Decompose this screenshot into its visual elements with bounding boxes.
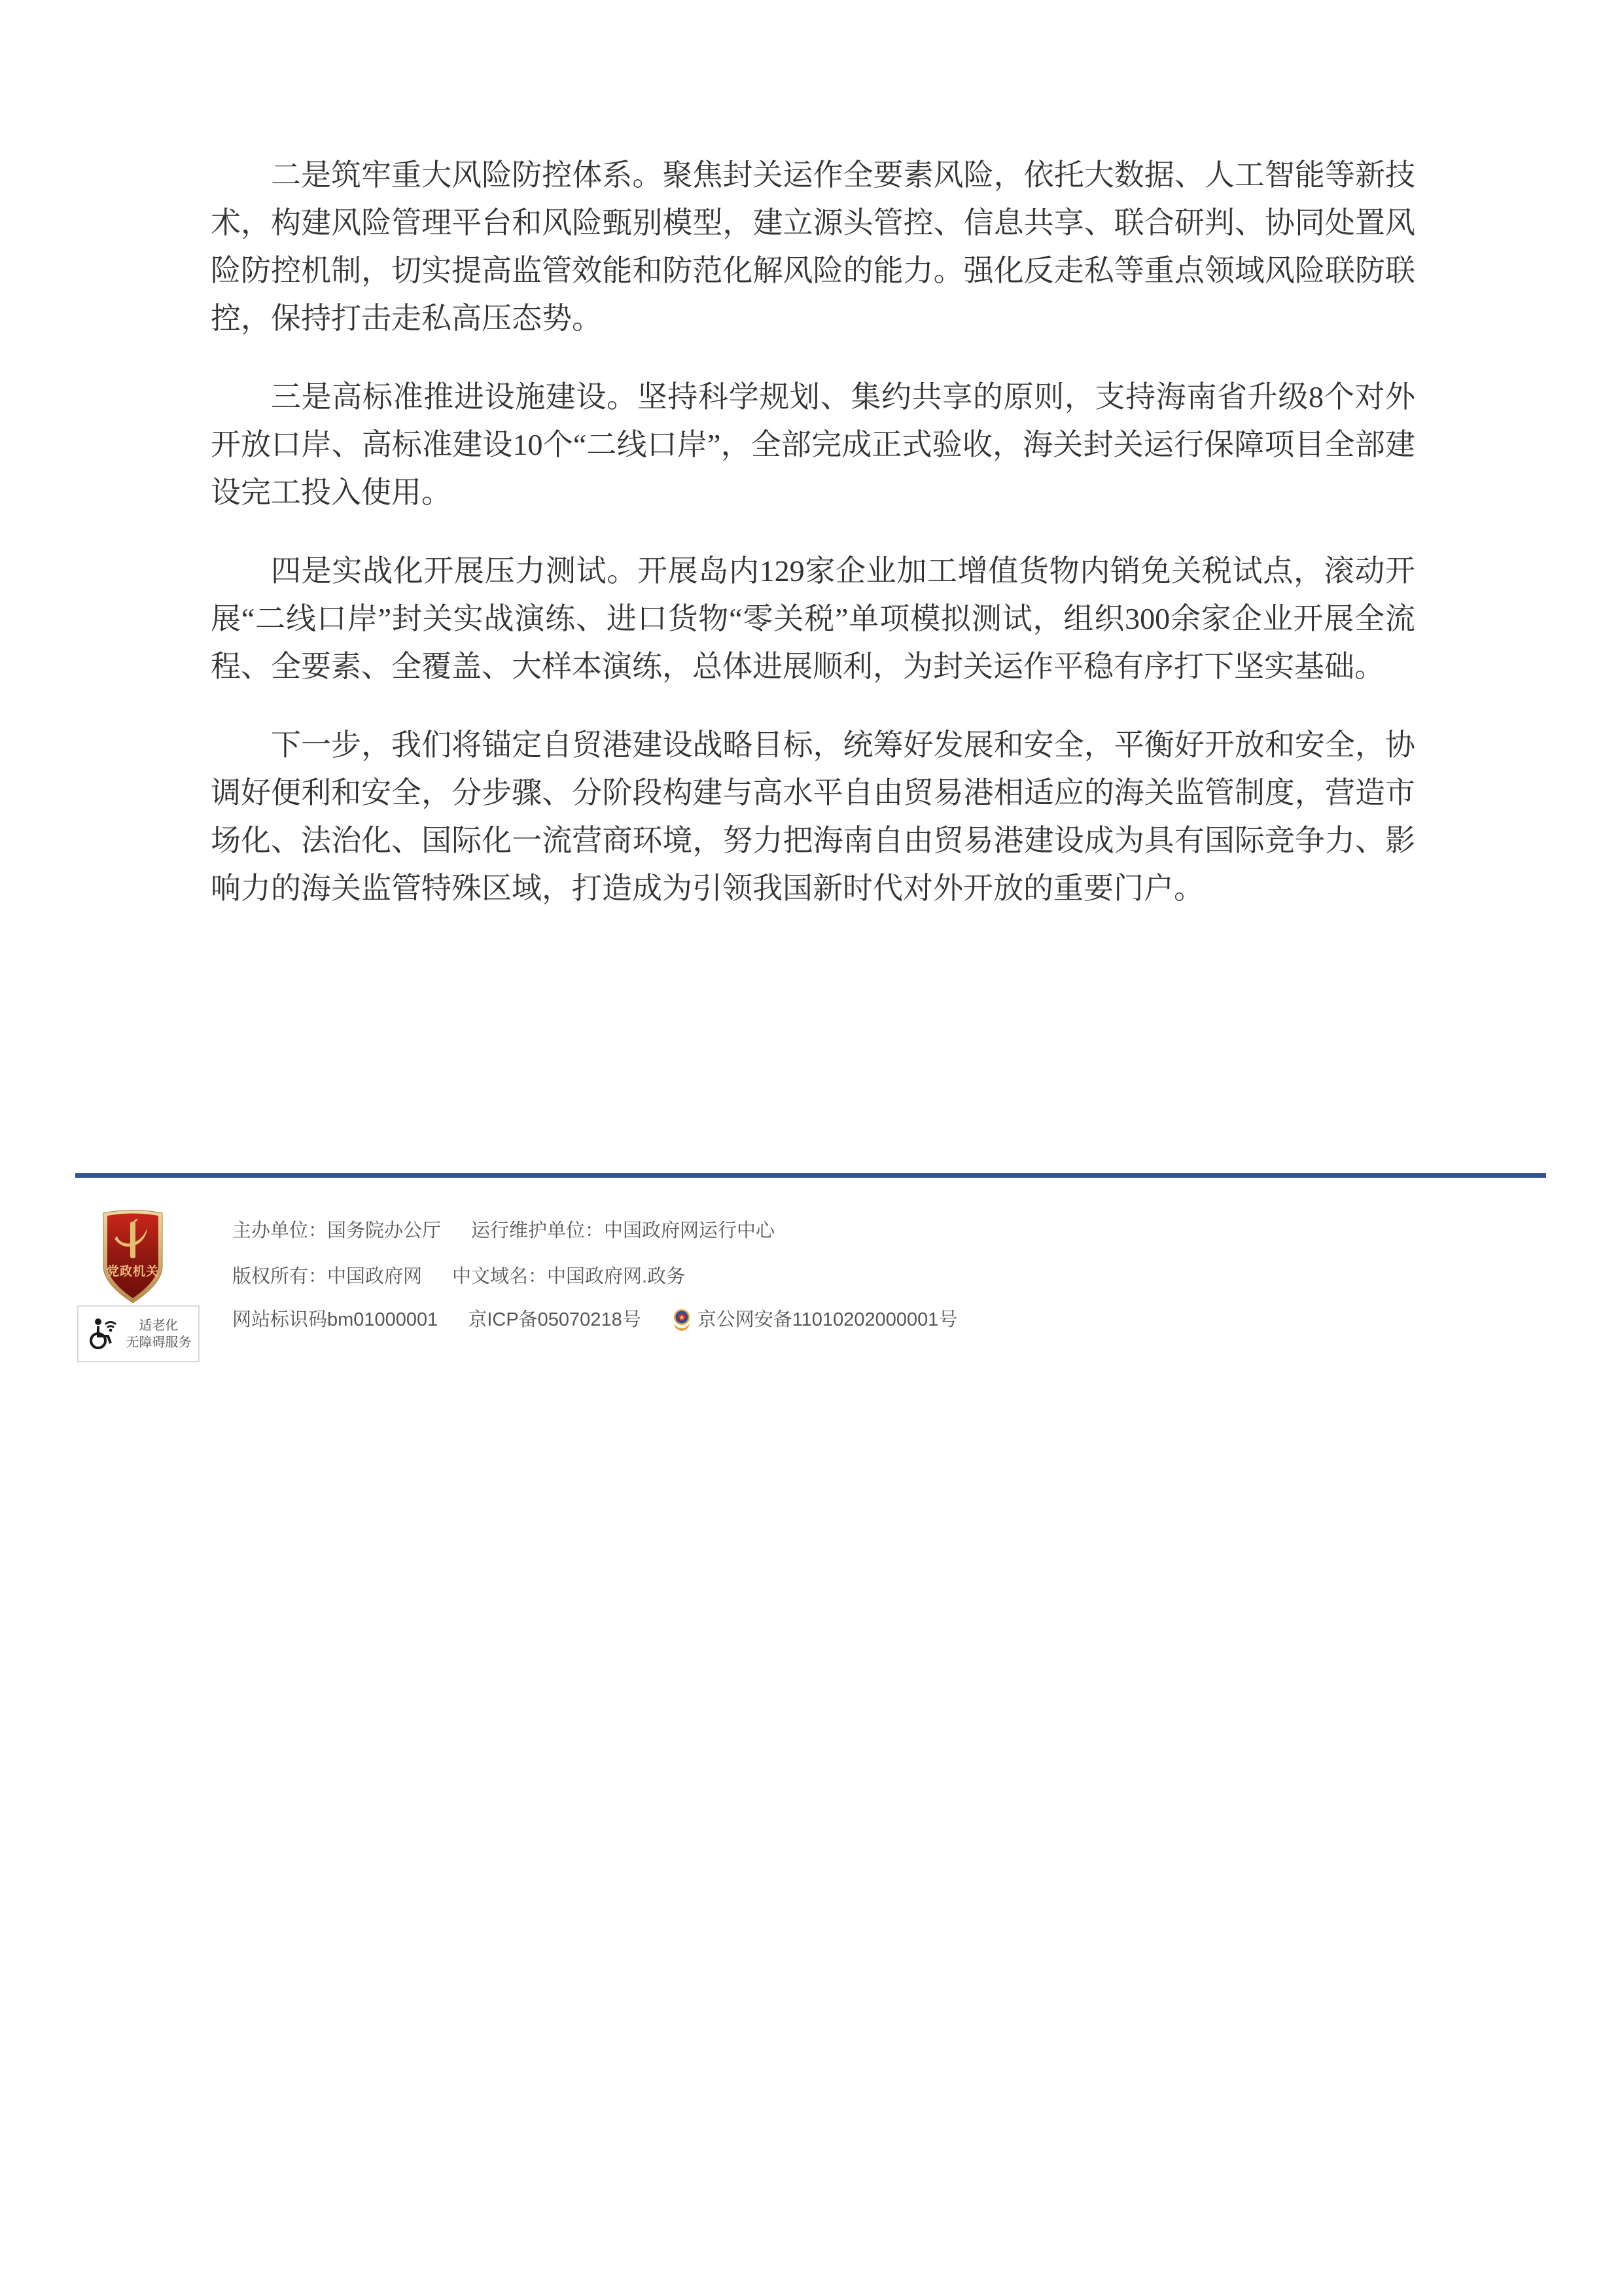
article-body: 二是筑牢重大风险防控体系。聚焦封关运作全要素风险，依托大数据、人工智能等新技术，…: [211, 151, 1415, 943]
footer-maintenance-unit: 运行维护单位：中国政府网运行中心: [471, 1221, 775, 1241]
footer-host-row: 主办单位：国务院办公厅 运行维护单位：中国政府网运行中心: [232, 1221, 957, 1241]
accessibility-service-label: 适老化 无障碍服务: [126, 1317, 192, 1351]
article-paragraph: 三是高标准推进设施建设。坚持科学规划、集约共享的原则，支持海南省升级8个对外开放…: [211, 373, 1415, 516]
public-security-badge-icon[interactable]: [671, 1308, 692, 1332]
footer-info: 主办单位：国务院办公厅 运行维护单位：中国政府网运行中心 版权所有：中国政府网 …: [232, 1221, 957, 1356]
party-emblem-icon: 党政机关: [100, 1207, 166, 1303]
article-paragraph: 二是筑牢重大风险防控体系。聚焦封关运作全要素风险，依托大数据、人工智能等新技术，…: [211, 151, 1415, 342]
footer-public-security-link[interactable]: 京公网安备11010202000001号: [697, 1310, 958, 1330]
accessibility-wheelchair-icon: [86, 1316, 120, 1352]
footer-divider: [75, 1173, 1546, 1178]
footer-icp-license-link[interactable]: 京ICP备05070218号: [468, 1310, 641, 1330]
party-government-badge[interactable]: 党政机关: [100, 1207, 166, 1303]
footer-host-unit: 主办单位：国务院办公厅: [232, 1221, 441, 1241]
article-paragraph: 下一步，我们将锚定自贸港建设战略目标，统筹好发展和安全，平衡好开放和安全，协调好…: [211, 721, 1415, 912]
article-paragraph: 四是实战化开展压力测试。开展岛内129家企业加工增值货物内销免关税试点，滚动开展…: [211, 547, 1415, 690]
footer-registration-row: 网站标识码bm01000001 京ICP备05070218号 京公网安备1101…: [232, 1310, 957, 1330]
party-badge-label: 党政机关: [107, 1263, 159, 1279]
accessibility-service-widget[interactable]: 适老化 无障碍服务: [77, 1305, 200, 1362]
footer-site-code: 网站标识码bm01000001: [232, 1310, 438, 1330]
page: 二是筑牢重大风险防控体系。聚焦封关运作全要素风险，依托大数据、人工智能等新技术，…: [0, 0, 1622, 2296]
footer-chinese-domain: 中文域名：中国政府网.政务: [452, 1267, 685, 1286]
footer-copyright-row: 版权所有：中国政府网 中文域名：中国政府网.政务: [232, 1267, 957, 1286]
footer-copyright: 版权所有：中国政府网: [232, 1267, 422, 1286]
